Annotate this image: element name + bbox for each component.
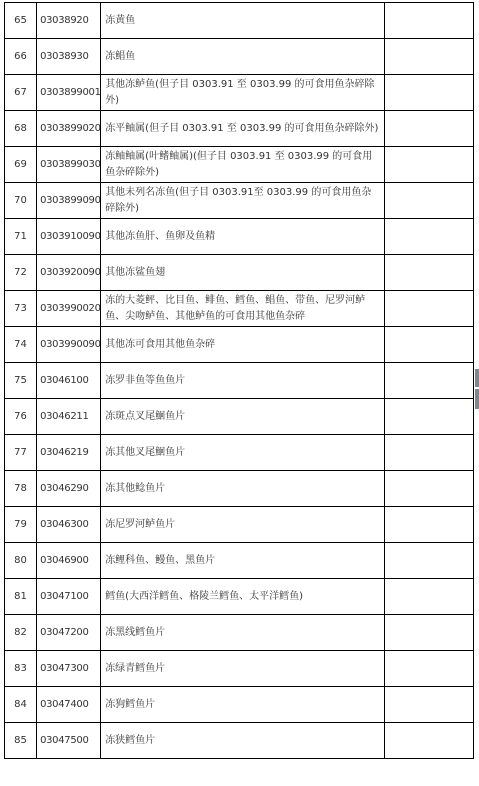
row-number: 80: [5, 543, 37, 579]
product-name: 冻平鲉属(但子目 0303.91 至 0303.99 的可食用鱼杂碎除外): [101, 111, 385, 147]
product-name: 冻斑点叉尾鮰鱼片: [101, 399, 385, 435]
table-row: 74 0303990090 其他冻可食用其他鱼杂碎: [5, 327, 474, 363]
hs-code: 03046219: [37, 435, 101, 471]
hs-code: 0303990020: [37, 291, 101, 327]
table-row: 81 03047100 鳕鱼(大西洋鳕鱼、格陵兰鳕鱼、太平洋鳕鱼): [5, 579, 474, 615]
product-name: 冻其他鲶鱼片: [101, 471, 385, 507]
note-cell: [384, 723, 473, 759]
table-row: 80 03046900 冻鲤科鱼、鳗鱼、黑鱼片: [5, 543, 474, 579]
note-cell: [384, 399, 473, 435]
row-number: 71: [5, 219, 37, 255]
table-row: 79 03046300 冻尼罗河鲈鱼片: [5, 507, 474, 543]
hs-code: 0303920090: [37, 255, 101, 291]
hs-code: 03046900: [37, 543, 101, 579]
note-cell: [384, 219, 473, 255]
table-row: 72 0303920090 其他冻鲨鱼翅: [5, 255, 474, 291]
row-number: 67: [5, 75, 37, 111]
note-cell: [384, 111, 473, 147]
product-name: 冻其他叉尾鮰鱼片: [101, 435, 385, 471]
row-number: 65: [5, 3, 37, 39]
note-cell: [384, 363, 473, 399]
row-number: 77: [5, 435, 37, 471]
table-row: 65 03038920 冻黄鱼: [5, 3, 474, 39]
vertical-scrollbar[interactable]: [475, 369, 479, 409]
product-name: 冻罗非鱼等鱼鱼片: [101, 363, 385, 399]
note-cell: [384, 255, 473, 291]
product-name: 冻的大菱鲆、比目鱼、鲱鱼、鳕鱼、鲳鱼、带鱼、尼罗河鲈鱼、尖吻鲈鱼、其他鲈鱼的可食…: [101, 291, 385, 327]
product-name: 冻狗鳕鱼片: [101, 687, 385, 723]
note-cell: [384, 435, 473, 471]
table-row: 77 03046219 冻其他叉尾鮰鱼片: [5, 435, 474, 471]
product-name: 其他冻鲈鱼(但子目 0303.91 至 0303.99 的可食用鱼杂碎除外): [101, 75, 385, 111]
hs-code: 0303899030: [37, 147, 101, 183]
hs-code: 0303899020: [37, 111, 101, 147]
row-number: 78: [5, 471, 37, 507]
hs-code: 0303899090: [37, 183, 101, 219]
row-number: 81: [5, 579, 37, 615]
hs-code: 0303899001: [37, 75, 101, 111]
table-row: 73 0303990020 冻的大菱鲆、比目鱼、鲱鱼、鳕鱼、鲳鱼、带鱼、尼罗河鲈…: [5, 291, 474, 327]
note-cell: [384, 651, 473, 687]
hs-code: 03046300: [37, 507, 101, 543]
note-cell: [384, 543, 473, 579]
product-name: 冻黑线鳕鱼片: [101, 615, 385, 651]
product-name: 冻鲉鲉属(叶鳍鲉属)(但子目 0303.91 至 0303.99 的可食用鱼杂碎…: [101, 147, 385, 183]
table-row: 82 03047200 冻黑线鳕鱼片: [5, 615, 474, 651]
hs-code: 03038930: [37, 39, 101, 75]
product-name: 冻狭鳕鱼片: [101, 723, 385, 759]
note-cell: [384, 3, 473, 39]
note-cell: [384, 327, 473, 363]
note-cell: [384, 75, 473, 111]
row-number: 79: [5, 507, 37, 543]
note-cell: [384, 291, 473, 327]
row-number: 70: [5, 183, 37, 219]
hs-code: 03047500: [37, 723, 101, 759]
hs-code: 03047200: [37, 615, 101, 651]
product-name: 冻黄鱼: [101, 3, 385, 39]
table-row: 85 03047500 冻狭鳕鱼片: [5, 723, 474, 759]
product-name: 冻尼罗河鲈鱼片: [101, 507, 385, 543]
note-cell: [384, 183, 473, 219]
hs-code: 03047300: [37, 651, 101, 687]
row-number: 76: [5, 399, 37, 435]
scrollbar-grip-icon: [475, 387, 479, 389]
row-number: 84: [5, 687, 37, 723]
table-row: 84 03047400 冻狗鳕鱼片: [5, 687, 474, 723]
table-row: 69 0303899030 冻鲉鲉属(叶鳍鲉属)(但子目 0303.91 至 0…: [5, 147, 474, 183]
hs-code: 03047400: [37, 687, 101, 723]
product-name: 冻绿青鳕鱼片: [101, 651, 385, 687]
note-cell: [384, 579, 473, 615]
row-number: 85: [5, 723, 37, 759]
row-number: 82: [5, 615, 37, 651]
note-cell: [384, 615, 473, 651]
row-number: 66: [5, 39, 37, 75]
product-name: 其他冻鲨鱼翅: [101, 255, 385, 291]
hs-code: 0303910090: [37, 219, 101, 255]
table-row: 71 0303910090 其他冻鱼肝、鱼卵及鱼精: [5, 219, 474, 255]
row-number: 68: [5, 111, 37, 147]
row-number: 69: [5, 147, 37, 183]
hs-code: 03046211: [37, 399, 101, 435]
product-name: 冻鲳鱼: [101, 39, 385, 75]
row-number: 83: [5, 651, 37, 687]
hs-code: 03046290: [37, 471, 101, 507]
product-name: 冻鲤科鱼、鳗鱼、黑鱼片: [101, 543, 385, 579]
table-row: 76 03046211 冻斑点叉尾鮰鱼片: [5, 399, 474, 435]
hs-code: 03038920: [37, 3, 101, 39]
product-name: 其他冻鱼肝、鱼卵及鱼精: [101, 219, 385, 255]
row-number: 74: [5, 327, 37, 363]
product-name: 鳕鱼(大西洋鳕鱼、格陵兰鳕鱼、太平洋鳕鱼): [101, 579, 385, 615]
table-row: 66 03038930 冻鲳鱼: [5, 39, 474, 75]
note-cell: [384, 147, 473, 183]
table-row: 68 0303899020 冻平鲉属(但子目 0303.91 至 0303.99…: [5, 111, 474, 147]
note-cell: [384, 687, 473, 723]
note-cell: [384, 471, 473, 507]
table-row: 67 0303899001 其他冻鲈鱼(但子目 0303.91 至 0303.9…: [5, 75, 474, 111]
row-number: 75: [5, 363, 37, 399]
row-number: 72: [5, 255, 37, 291]
table-row: 83 03047300 冻绿青鳕鱼片: [5, 651, 474, 687]
hs-code: 03046100: [37, 363, 101, 399]
table-row: 75 03046100 冻罗非鱼等鱼鱼片: [5, 363, 474, 399]
hs-code: 03047100: [37, 579, 101, 615]
product-name: 其他未列名冻鱼(但子目 0303.91至 0303.99 的可食用鱼杂碎除外): [101, 183, 385, 219]
table-row: 78 03046290 冻其他鲶鱼片: [5, 471, 474, 507]
row-number: 73: [5, 291, 37, 327]
note-cell: [384, 507, 473, 543]
table-row: 70 0303899090 其他未列名冻鱼(但子目 0303.91至 0303.…: [5, 183, 474, 219]
product-name: 其他冻可食用其他鱼杂碎: [101, 327, 385, 363]
note-cell: [384, 39, 473, 75]
hs-code: 0303990090: [37, 327, 101, 363]
hs-code-table: 65 03038920 冻黄鱼 66 03038930 冻鲳鱼 67 03038…: [4, 2, 474, 759]
